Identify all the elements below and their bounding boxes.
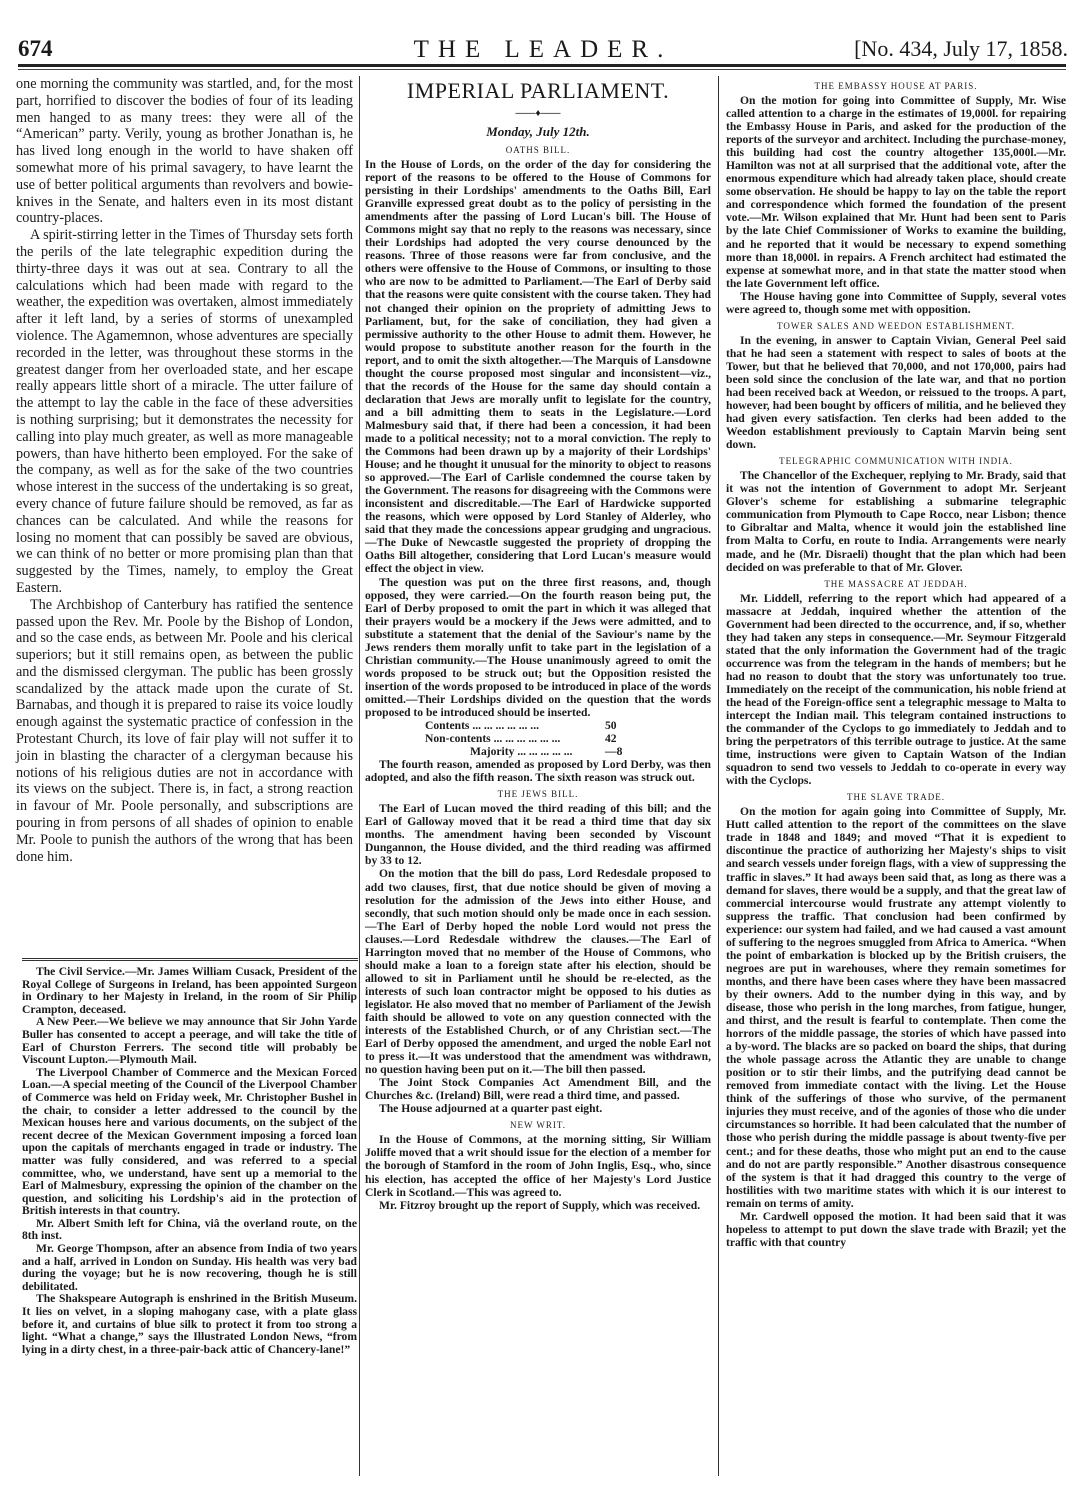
article-paragraph: Mr. Cardwell opposed the motion. It had …	[726, 1210, 1066, 1249]
issue-info: [No. 434, July 17, 1858.	[854, 36, 1068, 62]
dateline: Monday, July 12th.	[365, 124, 711, 140]
article-heading: THE MASSACRE AT JEDDAH.	[726, 578, 1066, 590]
article-paragraph: On the motion for again going into Commi…	[726, 805, 1066, 1209]
article-paragraph: In the House of Lords, on the order of t…	[365, 158, 711, 576]
article-heading: THE EMBASSY HOUSE AT PARIS.	[726, 80, 1066, 92]
paragraph-american-party: one morning the community was startled, …	[16, 76, 353, 227]
article-paragraph: The fourth reason, amended as proposed b…	[365, 758, 711, 784]
paragraph-telegraphic-expedition: A spirit-stirring letter in the Times of…	[16, 227, 353, 597]
article-paragraph: On the motion for going into Committee o…	[726, 94, 1066, 290]
news-briefs: The Civil Service.—Mr. James William Cus…	[22, 966, 357, 1356]
ornament-divider: ——♦——	[365, 108, 711, 120]
division-label: Majority ... ... ... ... ...	[470, 745, 605, 758]
left-column-rule	[22, 958, 358, 961]
division-row: Non-contents ... ... ... ... ... ... 42	[365, 732, 711, 745]
article-paragraph: On the motion that the bill do pass, Lor…	[365, 867, 711, 1076]
division-label: Non-contents ... ... ... ... ... ...	[425, 732, 605, 745]
division-label: Contents ... ... ... ... ... ...	[425, 719, 605, 732]
middle-column: IMPERIAL PARLIAMENT. ——♦—— Monday, July …	[365, 76, 711, 1212]
article-heading: OATHS BILL.	[365, 144, 711, 156]
article-paragraph: Mr. Liddell, referring to the report whi…	[726, 592, 1066, 788]
article-paragraph: In the evening, in answer to Captain Viv…	[726, 334, 1066, 451]
division-row: Majority ... ... ... ... ... —8	[365, 745, 711, 758]
article-paragraph: The House adjourned at a quarter past ei…	[365, 1102, 711, 1115]
brief-civil-service: The Civil Service.—Mr. James William Cus…	[22, 966, 357, 1016]
article-paragraph: The question was put on the three first …	[365, 576, 711, 720]
column-divider-right	[718, 76, 719, 1476]
column-divider-left	[359, 76, 360, 1476]
division-value: 50	[605, 719, 645, 732]
article-heading: NEW WRIT.	[365, 1119, 711, 1131]
brief-albert-smith: Mr. Albert Smith left for China, viâ the…	[22, 1218, 357, 1243]
masthead-rule-thin	[18, 69, 1066, 70]
article-paragraph: In the House of Commons, at the morning …	[365, 1133, 711, 1198]
masthead-rule	[18, 64, 1066, 67]
brief-george-thompson: Mr. George Thompson, after an absence fr…	[22, 1243, 357, 1293]
right-column: THE EMBASSY HOUSE AT PARIS. On the motio…	[726, 76, 1066, 1249]
division-table: Contents ... ... ... ... ... ... 50 Non-…	[365, 719, 711, 758]
division-value: —8	[605, 745, 645, 758]
article-paragraph: The Chancellor of the Exchequer, replyin…	[726, 469, 1066, 573]
division-value: 42	[605, 732, 645, 745]
left-column: one morning the community was startled, …	[16, 76, 353, 865]
article-heading: THE SLAVE TRADE.	[726, 791, 1066, 803]
division-row: Contents ... ... ... ... ... ... 50	[365, 719, 711, 732]
article-paragraph: The Earl of Lucan moved the third readin…	[365, 802, 711, 867]
article-heading: THE JEWS BILL.	[365, 788, 711, 800]
brief-shakspeare-autograph: The Shakspeare Autograph is enshrined in…	[22, 1293, 357, 1356]
brief-liverpool-chamber: The Liverpool Chamber of Commerce and th…	[22, 1067, 357, 1218]
paragraph-mr-poole: The Archbishop of Canterbury has ratifie…	[16, 597, 353, 866]
article-paragraph: The House having gone into Committee of …	[726, 290, 1066, 316]
masthead: 674 THE LEADER. [No. 434, July 17, 1858.	[18, 36, 1068, 66]
article-heading: TOWER SALES AND WEEDON ESTABLISHMENT.	[726, 320, 1066, 332]
article-paragraph: Mr. Fitzroy brought up the report of Sup…	[365, 1199, 711, 1212]
brief-new-peer: A New Peer.—We believe we may announce t…	[22, 1016, 357, 1066]
section-title: IMPERIAL PARLIAMENT.	[365, 78, 711, 104]
article-heading: TELEGRAPHIC COMMUNICATION WITH INDIA.	[726, 455, 1066, 467]
article-paragraph: The Joint Stock Companies Act Amendment …	[365, 1076, 711, 1102]
